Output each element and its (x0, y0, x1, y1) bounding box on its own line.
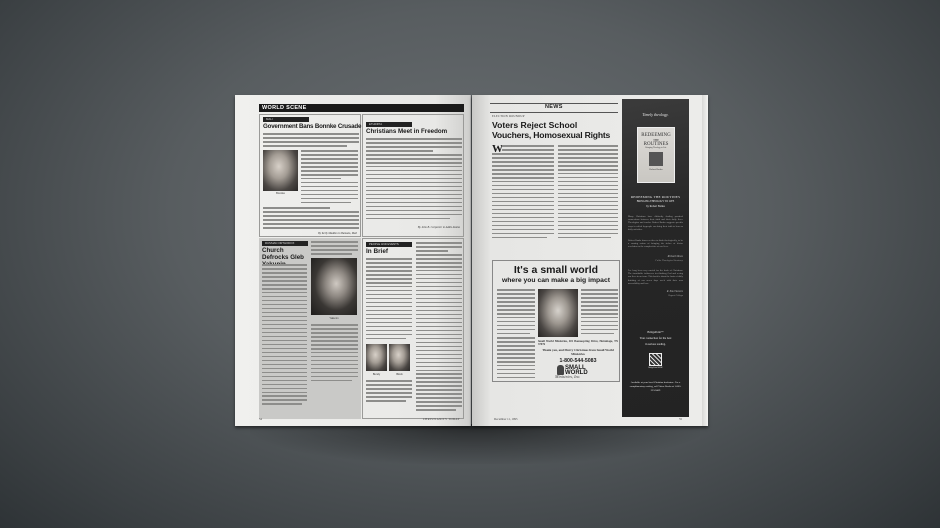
yakunin-caption: Yakunin (311, 317, 357, 320)
ad-imprint-line2: Your connection for the best (622, 337, 689, 340)
ad-quote-1: Robert Banks draws us then to think theo… (628, 239, 683, 249)
right-folio-date: December 11, 1995 (494, 417, 517, 421)
headline-in-brief: In Brief (366, 248, 388, 255)
yakunin-article: RUSSIAN ORTHODOX Church Defrocks Gleb Ya… (259, 238, 361, 419)
right-page: NEWS ELECTION ROUNDUP Voters Reject Scho… (472, 95, 708, 426)
sw-body-right (581, 289, 618, 337)
headline-ethiopia: Christians Meet in Freedom (366, 128, 447, 135)
in-brief-article: PEOPLE AND EVENTS In Brief Bundy Block (362, 238, 464, 419)
ad-imprint-line3: in serious reading. (622, 343, 689, 346)
yakunin-body-col2 (311, 324, 358, 384)
left-page: WORLD SCENE MALI Government Bans Bonnke … (235, 95, 471, 426)
ad-quote-1-author: Richard Mouw (668, 255, 683, 258)
ad-header: Timely theology. (622, 112, 689, 117)
block-photo (389, 344, 410, 371)
book-cover: REDEEMING THE ROUTINES Bringing Theology… (637, 127, 675, 183)
bridgepoint-logo-icon (649, 353, 662, 366)
headline-mali: Government Bans Bonnke Crusade (263, 123, 361, 130)
kicker-russian-orthodox: RUSSIAN ORTHODOX (262, 241, 308, 246)
election-headline-line2: Vouchers, Homosexual Rights (492, 130, 610, 140)
election-body-col1-top (502, 145, 554, 153)
ethiopia-article: ETHIOPIA Christians Meet in Freedom By J… (362, 114, 464, 237)
sw-phone: 1-800-544-5083 (538, 358, 618, 364)
book-illustration (649, 152, 663, 166)
orphan-photo (538, 289, 578, 337)
sw-thanks: Thank you, and Merry Christmas from Smal… (541, 348, 615, 356)
sw-logo-script: Ministries, Inc. (555, 375, 580, 379)
sw-subheadline: where you can make a big impact (493, 277, 619, 285)
yakunin-photo (311, 258, 357, 315)
ad-quote-2-affil: Regent College (668, 294, 683, 297)
right-folio-number: 55 (679, 417, 682, 421)
small-world-ad: It's a small world where you can make a … (492, 260, 620, 382)
ad-book-subtitle: BRINGING THEOLOGY TO LIFE (622, 200, 689, 203)
ad-book-author: by Robert Banks (622, 205, 689, 208)
sw-logo-figure-icon (557, 365, 564, 375)
mali-lead-text (263, 133, 359, 149)
yakunin-body-col1 (262, 264, 307, 407)
ad-imprint-line1: BridgePoint™ (622, 331, 689, 334)
mali-article: MALI Government Bans Bonnke Crusade Bonn… (259, 114, 361, 237)
election-body-col1 (492, 153, 554, 241)
ad-quote-1-affil: Fuller Theological Seminary (655, 259, 683, 262)
sw-body-bottom (497, 337, 535, 381)
kicker-ethiopia: ETHIOPIA (366, 122, 412, 127)
bundy-photo (366, 344, 387, 371)
election-headline-line1: Voters Reject School (492, 120, 577, 130)
bridgepoint-logo-label: BridgePoint BOOK (640, 367, 671, 369)
bundy-caption: Bundy (366, 373, 387, 376)
sw-address: Small World Ministries, 401 Bonnaspring … (538, 340, 618, 347)
book-subtitle: Bringing Theology to Life (638, 147, 674, 149)
mali-body-text (301, 150, 358, 206)
section-banner-news: NEWS (545, 104, 563, 110)
kicker-mali: MALI (263, 117, 309, 122)
redeeming-routines-ad: Timely theology. REDEEMING THE ROUTINES … (622, 99, 689, 417)
kicker-people-and-events: PEOPLE AND EVENTS (366, 242, 412, 247)
page-shadow (250, 424, 700, 464)
left-folio-publication: CHRISTIANITY TODAY (423, 417, 460, 421)
block-caption: Block (389, 373, 410, 376)
ad-description: Many Christians have difficulty finding … (628, 215, 683, 231)
book-author: Robert Banks (638, 168, 674, 171)
bonnke-caption: Bonnke (263, 192, 298, 195)
ad-book-title: REDEEMING THE ROUTINES (622, 195, 689, 199)
section-banner-world-scene: WORLD SCENE (259, 104, 464, 112)
ad-quote-2-author: R. Paul Stevens (667, 290, 683, 293)
in-brief-col1 (366, 258, 412, 342)
bonnke-photo (263, 150, 298, 191)
ethiopia-byline: By John B. Carpenter in Addis Ababa (418, 226, 460, 230)
yakunin-body-col2-top (311, 241, 358, 257)
ad-footer: Available at your local Christian bookst… (628, 381, 683, 393)
in-brief-col1-bottom (366, 380, 412, 404)
election-body-col2 (558, 145, 618, 241)
left-folio-number: 54 (259, 417, 262, 421)
mali-byline: By Kelly Madden in Bamako, Mali (318, 232, 357, 236)
ethiopia-body-text (366, 138, 462, 222)
sw-body-left (497, 289, 535, 337)
news-rule-bottom (490, 112, 618, 113)
sw-headline: It's a small world (493, 265, 619, 276)
ad-quote-2: I've long been very careful for the book… (628, 269, 683, 285)
election-kicker: ELECTION ROUNDUP (492, 115, 525, 119)
in-brief-col2 (416, 242, 462, 413)
mali-body-text-2 (263, 207, 359, 231)
